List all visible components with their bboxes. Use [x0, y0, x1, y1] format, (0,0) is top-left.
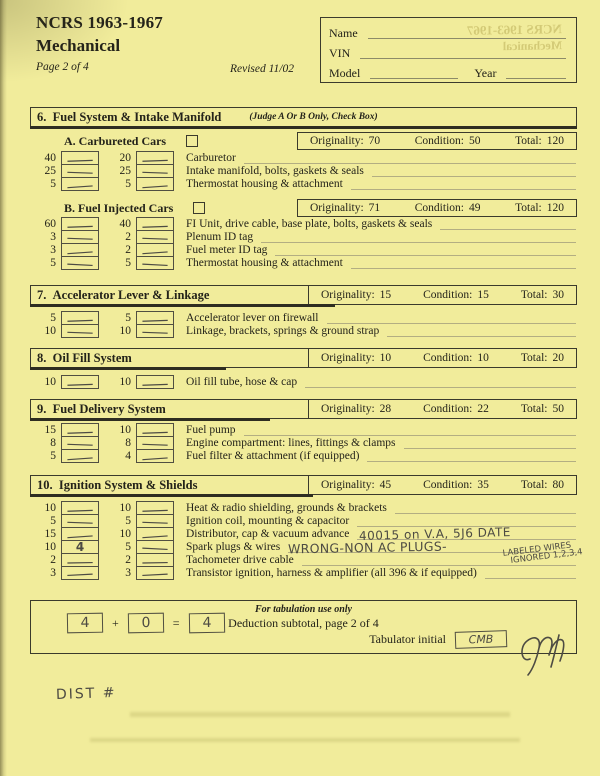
score-row: 3 — 3 — Transistor ignition, harness & a… [30, 566, 577, 580]
subsection-6a-label: A. Carbureted Cars [64, 134, 166, 149]
section-7-number: 7. [37, 288, 46, 302]
notes-line[interactable] [275, 244, 576, 256]
notes-line[interactable]: 40015 on V.A, 5J6 DATE [357, 528, 576, 540]
deduction-total[interactable]: 4 [188, 613, 224, 634]
section-9-scores: Originality:28 Condition:22 Total:50 [308, 400, 576, 418]
section-6-note: (Judge A Or B Only, Check Box) [221, 112, 377, 122]
score-row: 10 — 10 — Linkage, brackets, springs & g… [30, 324, 577, 338]
notes-line[interactable] [387, 325, 576, 337]
name-row: Name [329, 21, 568, 41]
notes-line[interactable] [372, 165, 576, 177]
originality-cell[interactable]: — [61, 449, 99, 463]
notes-line[interactable]: WRONG-NON AC PLUGS- LABELED WIRES IGNORE… [288, 541, 576, 553]
section-6-header: 6. Fuel System & Intake Manifold (Judge … [30, 107, 577, 127]
form-title: NCRS 1963-1967 [36, 12, 163, 33]
score-row: 5 — 4 — Fuel filter & attachment (if equ… [30, 449, 577, 463]
notes-line[interactable] [244, 152, 576, 164]
score-row: 2 — 2 — Tachometer drive cable [30, 553, 577, 567]
page-number: Page 2 of 4 [36, 60, 163, 74]
total-value: 120 [547, 135, 564, 147]
year-label: Year [474, 66, 496, 81]
originality-value: 70 [369, 135, 381, 147]
divider [30, 126, 577, 129]
model-year-row: Model Year [329, 61, 568, 81]
year-field[interactable] [506, 64, 566, 79]
section-9-number: 9. [37, 402, 46, 416]
tabulator-initial-area: Tabulator initial CMB [369, 627, 568, 651]
condition-cell[interactable]: — [136, 256, 174, 270]
condition-value: 15 [477, 289, 489, 301]
subsection-6a-scores: Originality:70 Condition:50 Total:120 [297, 132, 577, 150]
tabulation-box: For tabulation use only Deduction subtot… [30, 600, 577, 654]
score-row: 8 — 8 — Engine compartment: lines, fitti… [30, 436, 577, 450]
divider [30, 418, 270, 421]
section-10-header: 10. Ignition System & Shields Originalit… [30, 475, 577, 495]
score-row: 5 — 5 — Accelerator lever on firewall [30, 311, 577, 325]
score-row: 3 — 2 — Plenum ID tag [30, 230, 577, 244]
originality-cell[interactable]: — [61, 324, 99, 338]
divider [30, 494, 313, 497]
form-subtitle: Mechanical [36, 35, 163, 56]
originality-cell[interactable]: — [61, 527, 99, 541]
total-value: 50 [552, 403, 564, 415]
condition-cell[interactable]: — [136, 566, 174, 580]
section-10-rows: 10 — 10 — Heat & radio shielding, ground… [30, 501, 577, 580]
section-8-header: 8. Oil Fill System Originality:10 Condit… [30, 348, 577, 368]
subsection-6a: A. Carbureted Cars Originality:70 Condit… [30, 132, 577, 150]
divider [30, 367, 226, 370]
originality-value: 10 [380, 352, 392, 364]
signature-scribble [516, 627, 568, 677]
subsection-6b-rows: 60 — 40 — FI Unit, drive cable, base pla… [30, 217, 577, 270]
total-value: 30 [552, 289, 564, 301]
score-row: 25 — 25 — Intake manifold, bolts, gasket… [30, 164, 577, 178]
section-6-number: 6. [37, 110, 46, 124]
condition-value: 10 [477, 352, 489, 364]
score-row: 60 — 40 — FI Unit, drive cable, base pla… [30, 217, 577, 231]
section-10-title: Ignition System & Shields [59, 478, 198, 492]
notes-line[interactable] [404, 437, 576, 449]
notes-line[interactable] [305, 376, 576, 388]
handwritten-dist-number: DIST # [56, 685, 117, 703]
notes-line[interactable] [244, 424, 576, 436]
score-row: 10 — 10 — Oil fill tube, hose & cap [30, 375, 577, 389]
section-7-rows: 5 — 5 — Accelerator lever on firewall 10… [30, 311, 577, 338]
originality-cell[interactable]: — [61, 566, 99, 580]
tabulator-initial-label: Tabulator initial [369, 632, 446, 647]
notes-line[interactable] [327, 312, 577, 324]
total-value: 80 [552, 479, 564, 491]
section-7-scores: Originality:15 Condition:15 Total:30 [308, 286, 576, 304]
equals-sign: = [173, 616, 180, 631]
form-header: NCRS 1963-1967 Mechanical Page 2 of 4 [36, 12, 163, 74]
plus-sign: + [112, 616, 119, 631]
fuel-injected-checkbox[interactable] [193, 202, 205, 214]
name-field[interactable] [368, 24, 566, 39]
tabulator-initials[interactable]: CMB [455, 630, 508, 649]
originality-value: 71 [369, 202, 381, 214]
total-value: 120 [547, 202, 564, 214]
subsection-6b-scores: Originality:71 Condition:49 Total:120 [297, 199, 577, 217]
subsection-6a-rows: 40 — 20 — Carburetor 25 — 25 — Intake ma… [30, 151, 577, 191]
deduction-calculation: 4 + 0 = 4 [67, 613, 225, 633]
bleed-through-smudge [90, 738, 520, 742]
section-6-title: Fuel System & Intake Manifold [53, 110, 222, 124]
originality-value: 15 [380, 289, 392, 301]
condition-value: 22 [477, 403, 489, 415]
score-row: 10 4 5 — Spark plugs & wires WRONG-NON A… [30, 540, 577, 554]
subsection-6b-label: B. Fuel Injected Cars [64, 201, 173, 216]
notes-line[interactable] [367, 450, 576, 462]
section-7-header: 7. Accelerator Lever & Linkage Originali… [30, 285, 577, 305]
section-7-title: Accelerator Lever & Linkage [53, 288, 210, 302]
carbureted-checkbox[interactable] [186, 135, 198, 147]
originality-value: 28 [380, 403, 392, 415]
vin-label: VIN [329, 46, 350, 61]
notes-line[interactable] [302, 554, 576, 566]
identification-box: NCRS 1963-1967 Mechanical Name VIN Model… [320, 17, 577, 83]
condition-cell[interactable]: — [136, 324, 174, 338]
condition-cell[interactable]: — [136, 449, 174, 463]
condition-value: 49 [469, 202, 481, 214]
revision-date: Revised 11/02 [230, 63, 294, 75]
notes-line[interactable] [351, 257, 576, 269]
name-label: Name [329, 26, 358, 41]
notes-line[interactable] [440, 218, 576, 230]
vin-row: VIN [329, 41, 568, 61]
score-row: 3 — 2 — Fuel meter ID tag [30, 243, 577, 257]
section-8-number: 8. [37, 351, 46, 365]
notes-line[interactable] [485, 567, 576, 579]
section-8-rows: 10 — 10 — Oil fill tube, hose & cap [30, 375, 577, 389]
bleed-through-smudge [130, 712, 510, 717]
subsection-6b: B. Fuel Injected Cars Originality:71 Con… [30, 199, 577, 217]
total-value: 20 [552, 352, 564, 364]
deduction-value-1[interactable]: 4 [67, 613, 103, 634]
score-row: 15 — 10 — Distributor, cap & vacuum adva… [30, 527, 577, 541]
divider [30, 304, 335, 307]
model-field[interactable] [370, 64, 458, 79]
notes-line[interactable] [261, 231, 576, 243]
score-row: 15 — 10 — Fuel pump [30, 423, 577, 437]
originality-cell[interactable]: — [61, 256, 99, 270]
section-10-scores: Originality:45 Condition:35 Total:80 [308, 476, 576, 494]
originality-cell[interactable]: — [61, 375, 99, 389]
section-8-scores: Originality:10 Condition:10 Total:20 [308, 349, 576, 367]
section-9-rows: 15 — 10 — Fuel pump 8 — 8 — Engine compa… [30, 423, 577, 463]
condition-value: 35 [477, 479, 489, 491]
score-row: 5 — 5 — Thermostat housing & attachment [30, 177, 577, 191]
section-9-title: Fuel Delivery System [53, 402, 166, 416]
notes-line[interactable] [395, 502, 576, 514]
scanned-form-page: NCRS 1963-1967 Mechanical Page 2 of 4 Re… [0, 0, 600, 776]
condition-cell[interactable]: — [136, 375, 174, 389]
score-row: 10 — 10 — Heat & radio shielding, ground… [30, 501, 577, 515]
condition-cell[interactable]: — [136, 177, 174, 191]
originality-value: 45 [380, 479, 392, 491]
condition-value: 50 [469, 135, 481, 147]
model-label: Model [329, 66, 360, 81]
section-9-header: 9. Fuel Delivery System Originality:28 C… [30, 399, 577, 419]
deduction-value-2[interactable]: 0 [128, 613, 164, 634]
score-row: 5 — 5 — Thermostat housing & attachment [30, 256, 577, 270]
section-10-number: 10. [37, 478, 53, 492]
originality-cell[interactable]: — [61, 177, 99, 191]
notes-line[interactable] [351, 178, 576, 190]
score-row: 40 — 20 — Carburetor [30, 151, 577, 165]
vin-field[interactable] [360, 44, 566, 59]
section-8-title: Oil Fill System [53, 351, 132, 365]
